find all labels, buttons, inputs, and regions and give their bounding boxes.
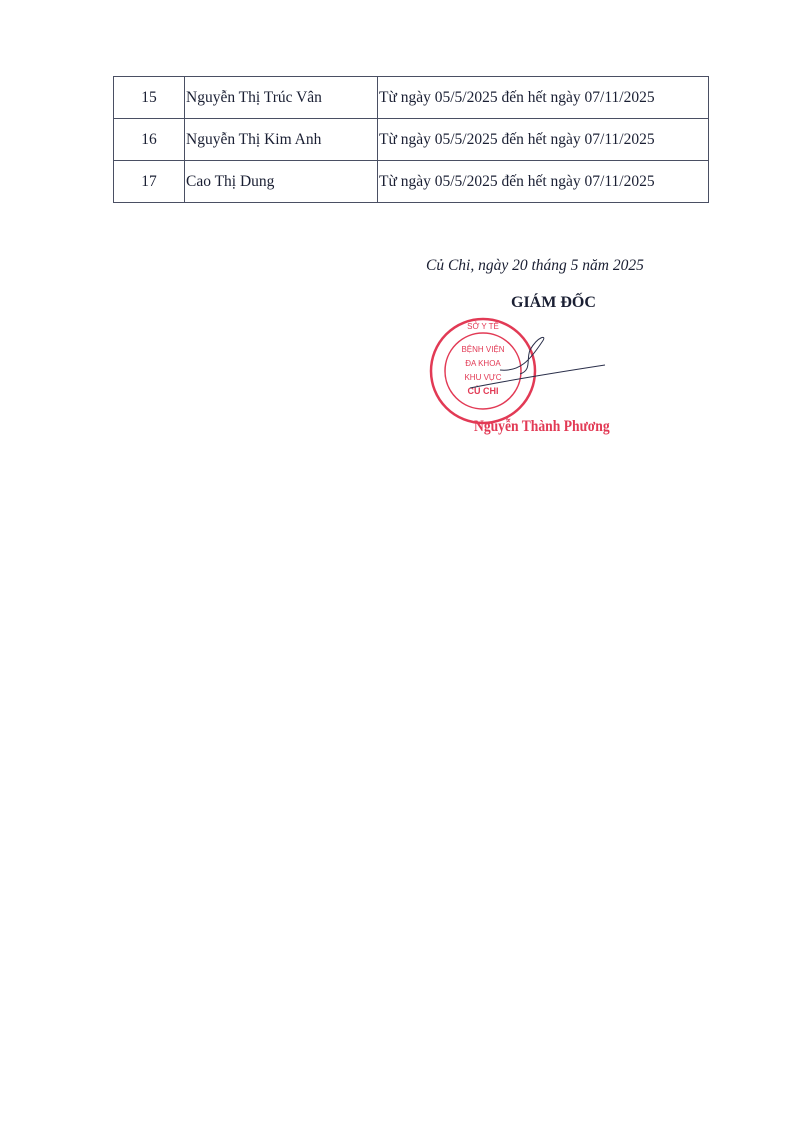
table-row: 15 Nguyễn Thị Trúc Vân Từ ngày 05/5/2025… (114, 77, 709, 119)
table-row: 17 Cao Thị Dung Từ ngày 05/5/2025 đến hế… (114, 161, 709, 203)
row-number: 17 (114, 161, 185, 203)
place-date: Củ Chi, ngày 20 tháng 5 năm 2025 (426, 257, 644, 275)
table-row: 16 Nguyễn Thị Kim Anh Từ ngày 05/5/2025 … (114, 119, 709, 161)
signer-title: GIÁM ĐỐC (511, 294, 596, 312)
period: Từ ngày 05/5/2025 đến hết ngày 07/11/202… (378, 119, 709, 161)
row-number: 15 (114, 77, 185, 119)
row-number: 16 (114, 119, 185, 161)
staff-table: 15 Nguyễn Thị Trúc Vân Từ ngày 05/5/2025… (113, 76, 709, 203)
staff-name: Cao Thị Dung (185, 161, 378, 203)
period: Từ ngày 05/5/2025 đến hết ngày 07/11/202… (378, 77, 709, 119)
staff-name: Nguyễn Thị Kim Anh (185, 119, 378, 161)
staff-name: Nguyễn Thị Trúc Vân (185, 77, 378, 119)
signature-scribble-icon (460, 330, 610, 410)
signer-name: Nguyễn Thành Phương (474, 418, 610, 436)
period: Từ ngày 05/5/2025 đến hết ngày 07/11/202… (378, 161, 709, 203)
